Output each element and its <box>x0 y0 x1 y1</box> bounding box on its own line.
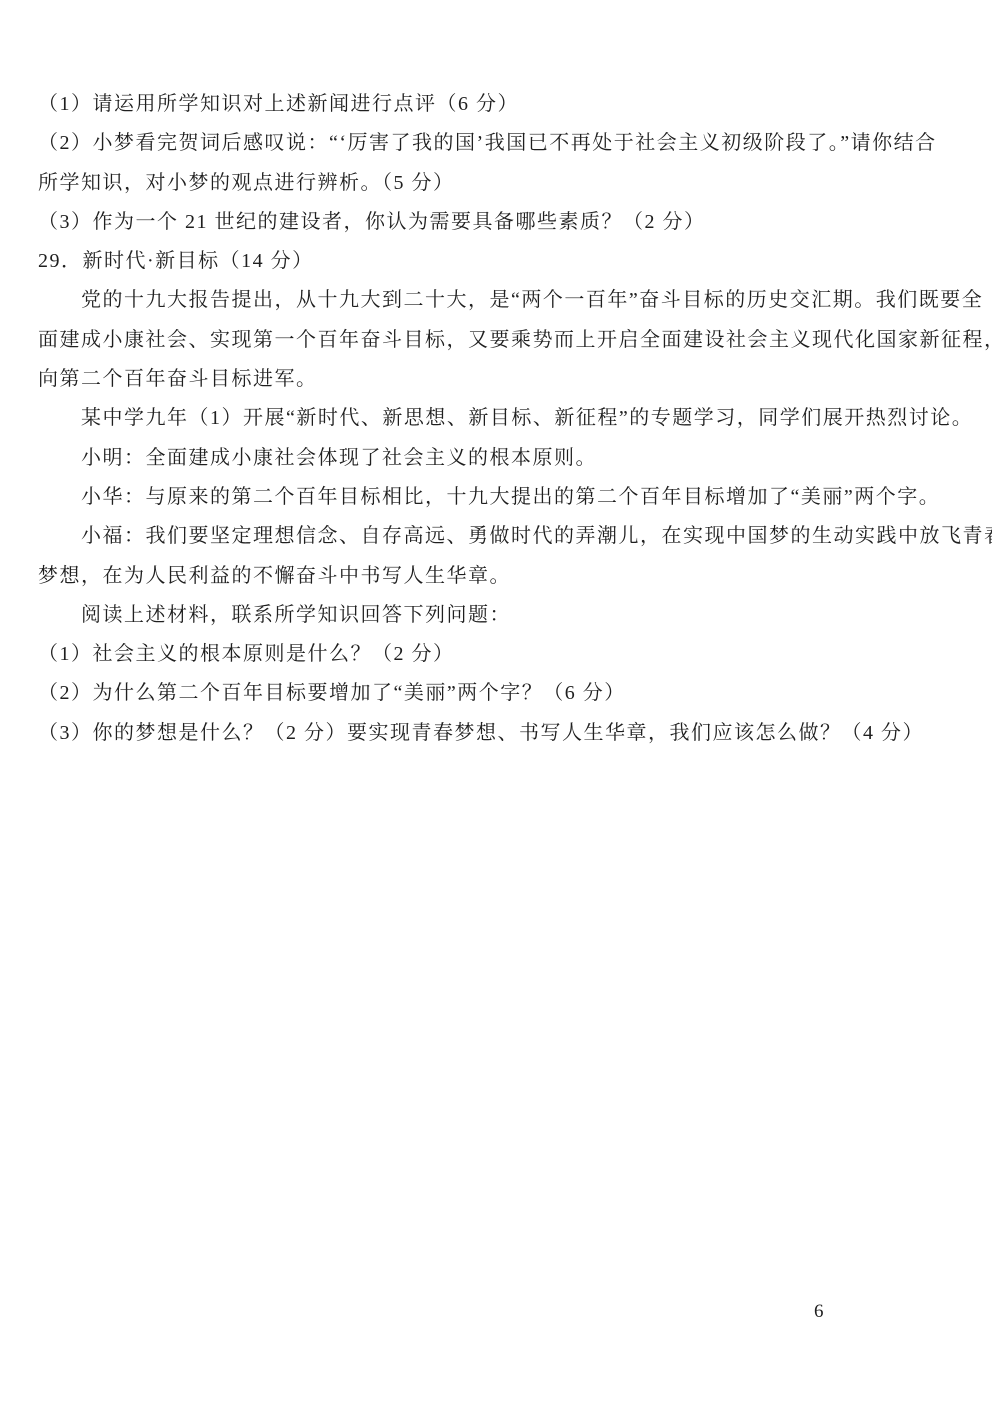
text-line: 阅读上述材料，联系所学知识回答下列问题： <box>38 596 972 635</box>
text-line: （3）作为一个 21 世纪的建设者，你认为需要具备哪些素质？（2 分） <box>38 203 972 242</box>
text-line: （1）请运用所学知识对上述新闻进行点评（6 分） <box>38 85 972 124</box>
text-line: 面建成小康社会、实现第一个百年奋斗目标，又要乘势而上开启全面建设社会主义现代化国… <box>38 321 972 360</box>
text-line: （3）你的梦想是什么？（2 分）要实现青春梦想、书写人生华章，我们应该怎么做？（… <box>38 714 972 753</box>
text-line: 所学知识，对小梦的观点进行辨析。（5 分） <box>38 164 972 203</box>
text-line: 向第二个百年奋斗目标进军。 <box>38 360 972 399</box>
page-number: 6 <box>814 1300 824 1324</box>
document-body: （1）请运用所学知识对上述新闻进行点评（6 分）（2）小梦看完贺词后感叹说：“‘… <box>38 85 972 753</box>
text-line: 小福：我们要坚定理想信念、自存高远、勇做时代的弄潮儿，在实现中国梦的生动实践中放… <box>38 517 972 556</box>
exam-page: （1）请运用所学知识对上述新闻进行点评（6 分）（2）小梦看完贺词后感叹说：“‘… <box>0 0 992 1403</box>
text-line: （2）为什么第二个百年目标要增加了“美丽”两个字？（6 分） <box>38 674 972 713</box>
text-line: 党的十九大报告提出，从十九大到二十大，是“两个一百年”奋斗目标的历史交汇期。我们… <box>38 281 972 320</box>
text-line: 某中学九年（1）开展“新时代、新思想、新目标、新征程”的专题学习，同学们展开热烈… <box>38 399 972 438</box>
text-line: （1）社会主义的根本原则是什么？（2 分） <box>38 635 972 674</box>
text-line: 梦想，在为人民利益的不懈奋斗中书写人生华章。 <box>38 557 972 596</box>
text-line: 小华：与原来的第二个百年目标相比，十九大提出的第二个百年目标增加了“美丽”两个字… <box>38 478 972 517</box>
text-line: 小明：全面建成小康社会体现了社会主义的根本原则。 <box>38 439 972 478</box>
text-line: （2）小梦看完贺词后感叹说：“‘厉害了我的国’我国已不再处于社会主义初级阶段了。… <box>38 124 972 163</box>
text-line: 29．新时代·新目标（14 分） <box>38 242 972 281</box>
